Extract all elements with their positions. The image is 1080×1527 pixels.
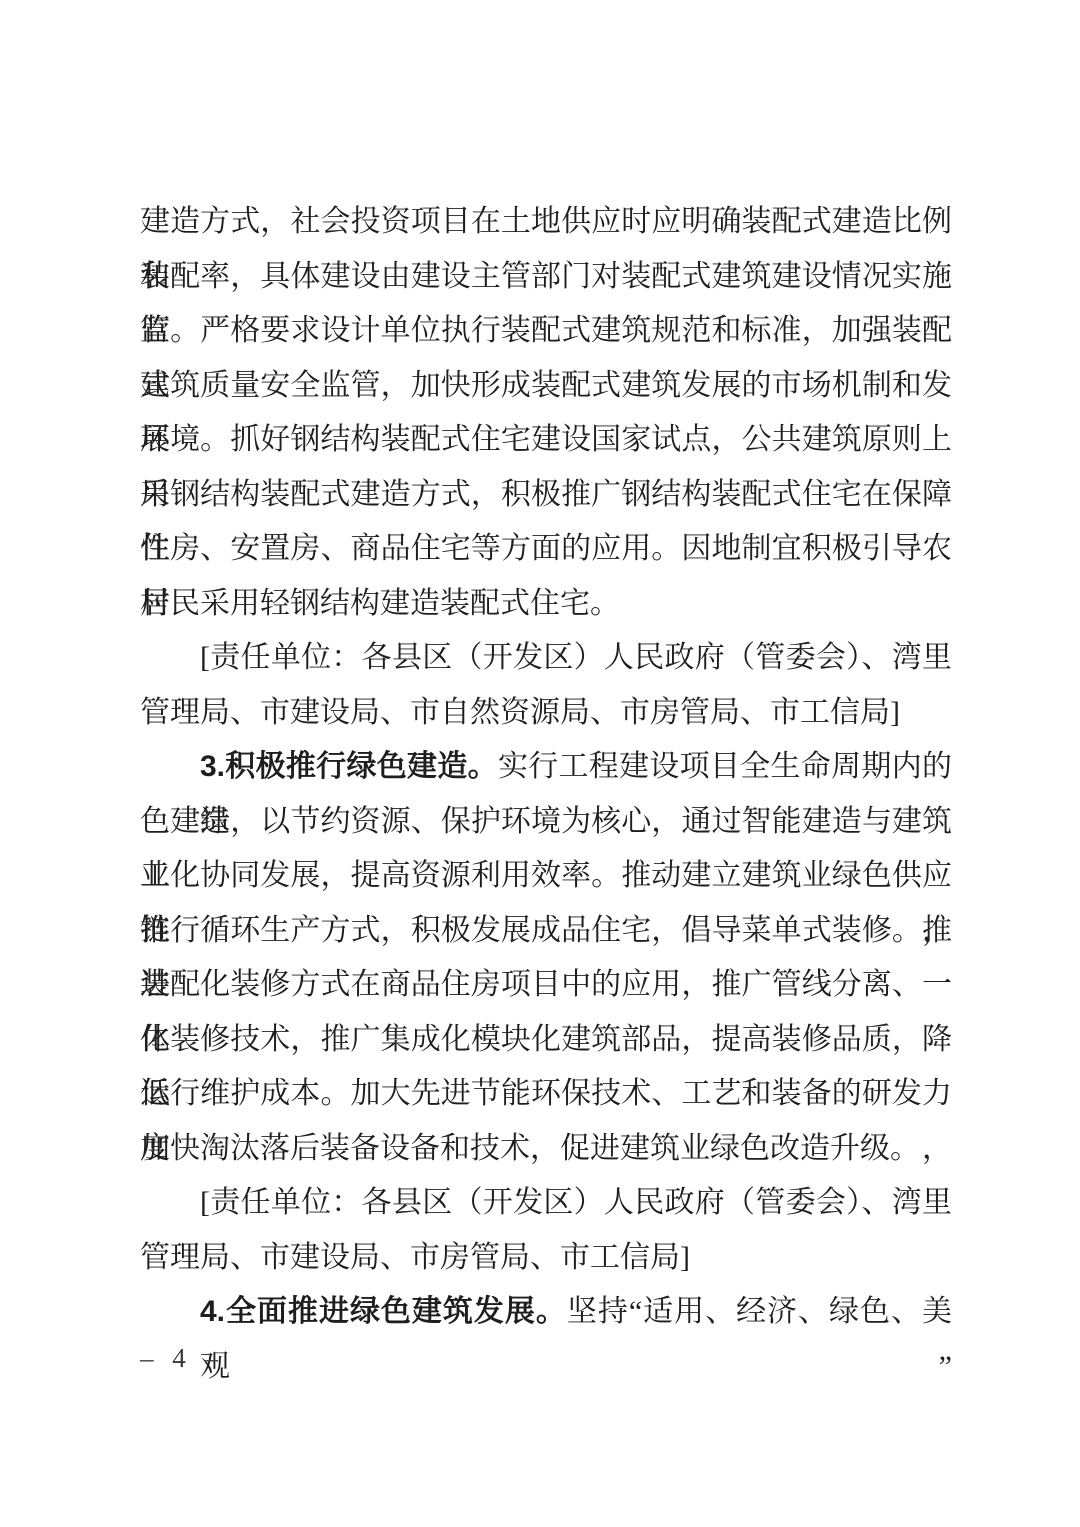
document-line: 建造方式，社会投资项目在土地供应时应明确装配式建造比例和 <box>140 195 952 250</box>
section-heading-text: 3.积极推行绿色建造。 <box>200 750 498 783</box>
document-line: 4.全面推进绿色建筑发展。坚持“适用、经济、绿色、美观” <box>140 1285 952 1340</box>
document-line: 住房、安置房、商品住宅等方面的应用。因地制宜积极引导农村 <box>140 522 952 577</box>
document-line: 装配率，具体建设由建设主管部门对装配式建筑建设情况实施监 <box>140 250 952 305</box>
text-segment: 居民采用轻钢结构建造装配式住宅。 <box>140 587 620 620</box>
document-line: 居民采用轻钢结构建造装配式住宅。 <box>140 577 952 632</box>
page-number: – 4 – <box>140 1338 224 1378</box>
text-segment: [责任单位：各县区（开发区）人民政府（管委会）、湾里 <box>200 1186 952 1219</box>
document-line: 环境。抓好钢结构装配式住宅建设国家试点，公共建筑原则上采 <box>140 413 952 468</box>
document-line: 推行循环生产方式，积极发展成品住宅，倡导菜单式装修。推进 <box>140 904 952 959</box>
document-line: 业化协同发展，提高资源利用效率。推动建立建筑业绿色供应链， <box>140 849 952 904</box>
document-line: 用钢结构装配式建造方式，积极推广钢结构装配式住宅在保障性 <box>140 468 952 523</box>
document-line: 管理局、市建设局、市自然资源局、市房管局、市工信局] <box>140 686 952 741</box>
section-heading-text: 4.全面推进绿色建筑发展。 <box>200 1295 567 1328</box>
document-line: 3.积极推行绿色建造。实行工程建设项目全生命周期内的绿 <box>140 740 952 795</box>
document-line: [责任单位：各县区（开发区）人民政府（管委会）、湾里 <box>140 631 952 686</box>
document-line: 建筑质量安全监管，加快形成装配式建筑发展的市场机制和发展 <box>140 359 952 414</box>
text-segment: [责任单位：各县区（开发区）人民政府（管委会）、湾里 <box>200 641 952 674</box>
document-line: 化装修技术，推广集成化模块化建筑部品，提高装修品质，降低 <box>140 1013 952 1068</box>
document-line: 运行维护成本。加大先进节能环保技术、工艺和装备的研发力度， <box>140 1067 952 1122</box>
document-line: 管理局、市建设局、市房管局、市工信局] <box>140 1231 952 1286</box>
document-line: 色建造，以节约资源、保护环境为核心，通过智能建造与建筑工 <box>140 795 952 850</box>
document-page: 建造方式，社会投资项目在土地供应时应明确装配式建造比例和装配率，具体建设由建设主… <box>0 0 1080 1527</box>
document-line: [责任单位：各县区（开发区）人民政府（管委会）、湾里 <box>140 1176 952 1231</box>
document-line: 装配化装修方式在商品住房项目中的应用，推广管线分离、一体 <box>140 958 952 1013</box>
document-line: 管。严格要求设计单位执行装配式建筑规范和标准，加强装配式 <box>140 304 952 359</box>
document-line: 加快淘汰落后装备设备和技术，促进建筑业绿色改造升级。 <box>140 1122 952 1177</box>
text-segment: 管理局、市建设局、市房管局、市工信局] <box>140 1241 690 1274</box>
document-body: 建造方式，社会投资项目在土地供应时应明确装配式建造比例和装配率，具体建设由建设主… <box>140 195 952 1340</box>
text-segment: 管理局、市建设局、市自然资源局、市房管局、市工信局] <box>140 696 900 729</box>
text-segment: 加快淘汰落后装备设备和技术，促进建筑业绿色改造升级。 <box>140 1132 920 1165</box>
